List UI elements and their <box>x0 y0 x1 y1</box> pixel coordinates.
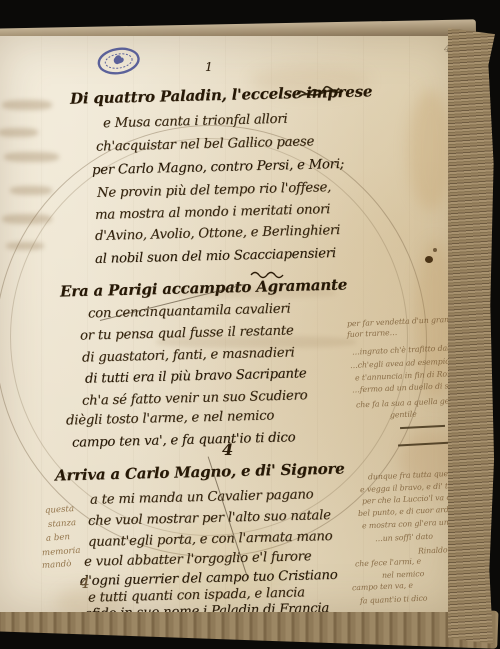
bleedthrough-mark <box>10 186 52 195</box>
bleedthrough-mark <box>6 242 44 250</box>
manuscript-photo: 4 1 4 Di quattro Paladin, l'eccelse impr… <box>0 0 500 649</box>
paper-stain <box>408 90 453 210</box>
marginal-note: gentile <box>390 409 417 419</box>
bleedthrough-mark <box>4 152 59 162</box>
marginal-note: Rinaldo <box>418 545 448 555</box>
ink-blot <box>433 248 437 252</box>
marginal-note: a ben <box>46 532 71 544</box>
marginal-note: memoria <box>42 546 81 559</box>
marginal-note: bel punto, e di cuor ardisce il bel… <box>358 503 462 518</box>
bleedthrough-mark <box>2 100 52 110</box>
marginal-note: fa quant'io ti dico <box>360 594 428 606</box>
bleedthrough-mark <box>2 214 52 224</box>
marginal-note: e mostra con gl'era un alto… <box>362 517 462 531</box>
verse-line: e Musa canta i trionfal allori <box>103 112 288 132</box>
book-fore-edge <box>448 28 495 644</box>
marginal-note: nel nemico <box>382 569 425 580</box>
stanza-number-1: 1 <box>205 60 213 74</box>
marginal-number: 4 <box>80 574 90 592</box>
library-stamp-icon <box>94 43 145 84</box>
scribble-correction <box>296 84 346 106</box>
marginal-note: questa <box>45 504 75 516</box>
marginal-note: stanza <box>48 518 77 530</box>
marginal-note: che fece l'armi, e <box>355 557 421 569</box>
marginal-note: mandò <box>42 559 72 571</box>
underline-squiggle <box>250 264 286 283</box>
ink-blot <box>425 256 433 263</box>
marginal-note: campo ten va, e <box>352 581 413 593</box>
marginal-note: …un soffi' dato <box>375 532 433 544</box>
bleedthrough-mark <box>0 128 38 137</box>
manuscript-page: 4 1 4 Di quattro Paladin, l'eccelse impr… <box>0 36 462 612</box>
